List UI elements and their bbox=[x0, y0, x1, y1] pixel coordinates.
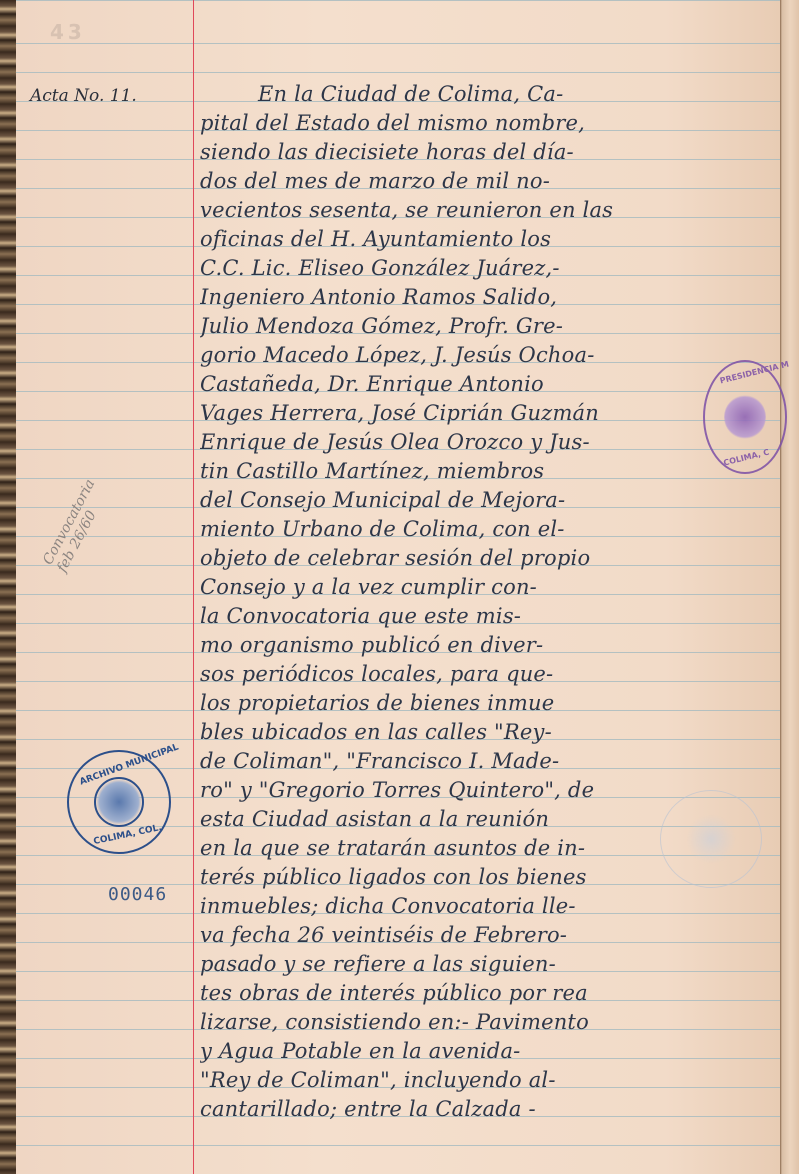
text-line: del Consejo Municipal de Mejora- bbox=[200, 486, 775, 515]
text-line: Enrique de Jesús Olea Orozco y Jus- bbox=[200, 428, 775, 457]
book-binding bbox=[0, 0, 16, 1174]
text-line: Castañeda, Dr. Enrique Antonio bbox=[200, 370, 775, 399]
text-line: va fecha 26 veintiséis de Febrero- bbox=[200, 921, 775, 950]
text-line: ro" y "Gregorio Torres Quintero", de bbox=[200, 776, 775, 805]
text-line: tes obras de interés público por rea bbox=[200, 979, 775, 1008]
text-line: Ingeniero Antonio Ramos Salido, bbox=[200, 283, 775, 312]
text-line: mo organismo publicó en diver- bbox=[200, 631, 775, 660]
text-line: oficinas del H. Ayuntamiento los bbox=[200, 225, 775, 254]
text-line: pasado y se refiere a las siguien- bbox=[200, 950, 775, 979]
text-line: C.C. Lic. Eliseo González Juárez,- bbox=[200, 254, 775, 283]
text-line: Consejo y a la vez cumplir con- bbox=[200, 573, 775, 602]
archivo-municipal-stamp: ARCHIVO MUNICIPAL COLIMA, COL. bbox=[67, 750, 171, 854]
faint-page-number: 43 bbox=[50, 20, 86, 44]
text-line: cantarillado; entre la Calzada - bbox=[200, 1095, 775, 1124]
text-line: objeto de celebrar sesión del propio bbox=[200, 544, 775, 573]
page-fold bbox=[780, 0, 799, 1174]
text-line: vecientos sesenta, se reunieron en las bbox=[200, 196, 775, 225]
text-line: los propietarios de bienes inmue bbox=[200, 689, 775, 718]
text-line: miento Urbano de Colima, con el- bbox=[200, 515, 775, 544]
text-line: en la que se tratarán asuntos de in- bbox=[200, 834, 775, 863]
text-line: gorio Macedo López, J. Jesús Ochoa- bbox=[200, 341, 775, 370]
text-line: En la Ciudad de Colima, Ca- bbox=[200, 80, 775, 109]
text-line: terés público ligados con los bienes bbox=[200, 863, 775, 892]
text-line: tin Castillo Martínez, miembros bbox=[200, 457, 775, 486]
text-line: la Convocatoria que este mis- bbox=[200, 602, 775, 631]
text-line: Vages Herrera, José Ciprián Guzmán bbox=[200, 399, 775, 428]
text-line: pital del Estado del mismo nombre, bbox=[200, 109, 775, 138]
text-line: siendo las diecisiete horas del día- bbox=[200, 138, 775, 167]
handwritten-body: En la Ciudad de Colima, Ca- pital del Es… bbox=[200, 80, 775, 1124]
text-line: esta Ciudad asistan a la reunión bbox=[200, 805, 775, 834]
text-line: inmuebles; dicha Convocatoria lle- bbox=[200, 892, 775, 921]
text-line: de Coliman", "Francisco I. Made- bbox=[200, 747, 775, 776]
text-line: "Rey de Coliman", incluyendo al- bbox=[200, 1066, 775, 1095]
text-line: sos periódicos locales, para que- bbox=[200, 660, 775, 689]
seal-emblem-icon bbox=[94, 777, 144, 827]
margin-rule bbox=[193, 0, 194, 1174]
text-line: y Agua Potable en la avenida- bbox=[200, 1037, 775, 1066]
text-line: Julio Mendoza Gómez, Profr. Gre- bbox=[200, 312, 775, 341]
text-line: dos del mes de marzo de mil no- bbox=[200, 167, 775, 196]
serial-number: 00046 bbox=[108, 884, 167, 905]
text-line: lizarse, consistiendo en:- Pavimento bbox=[200, 1008, 775, 1037]
acta-heading: Acta No. 11. bbox=[30, 86, 137, 106]
text-line: bles ubicados en las calles "Rey- bbox=[200, 718, 775, 747]
